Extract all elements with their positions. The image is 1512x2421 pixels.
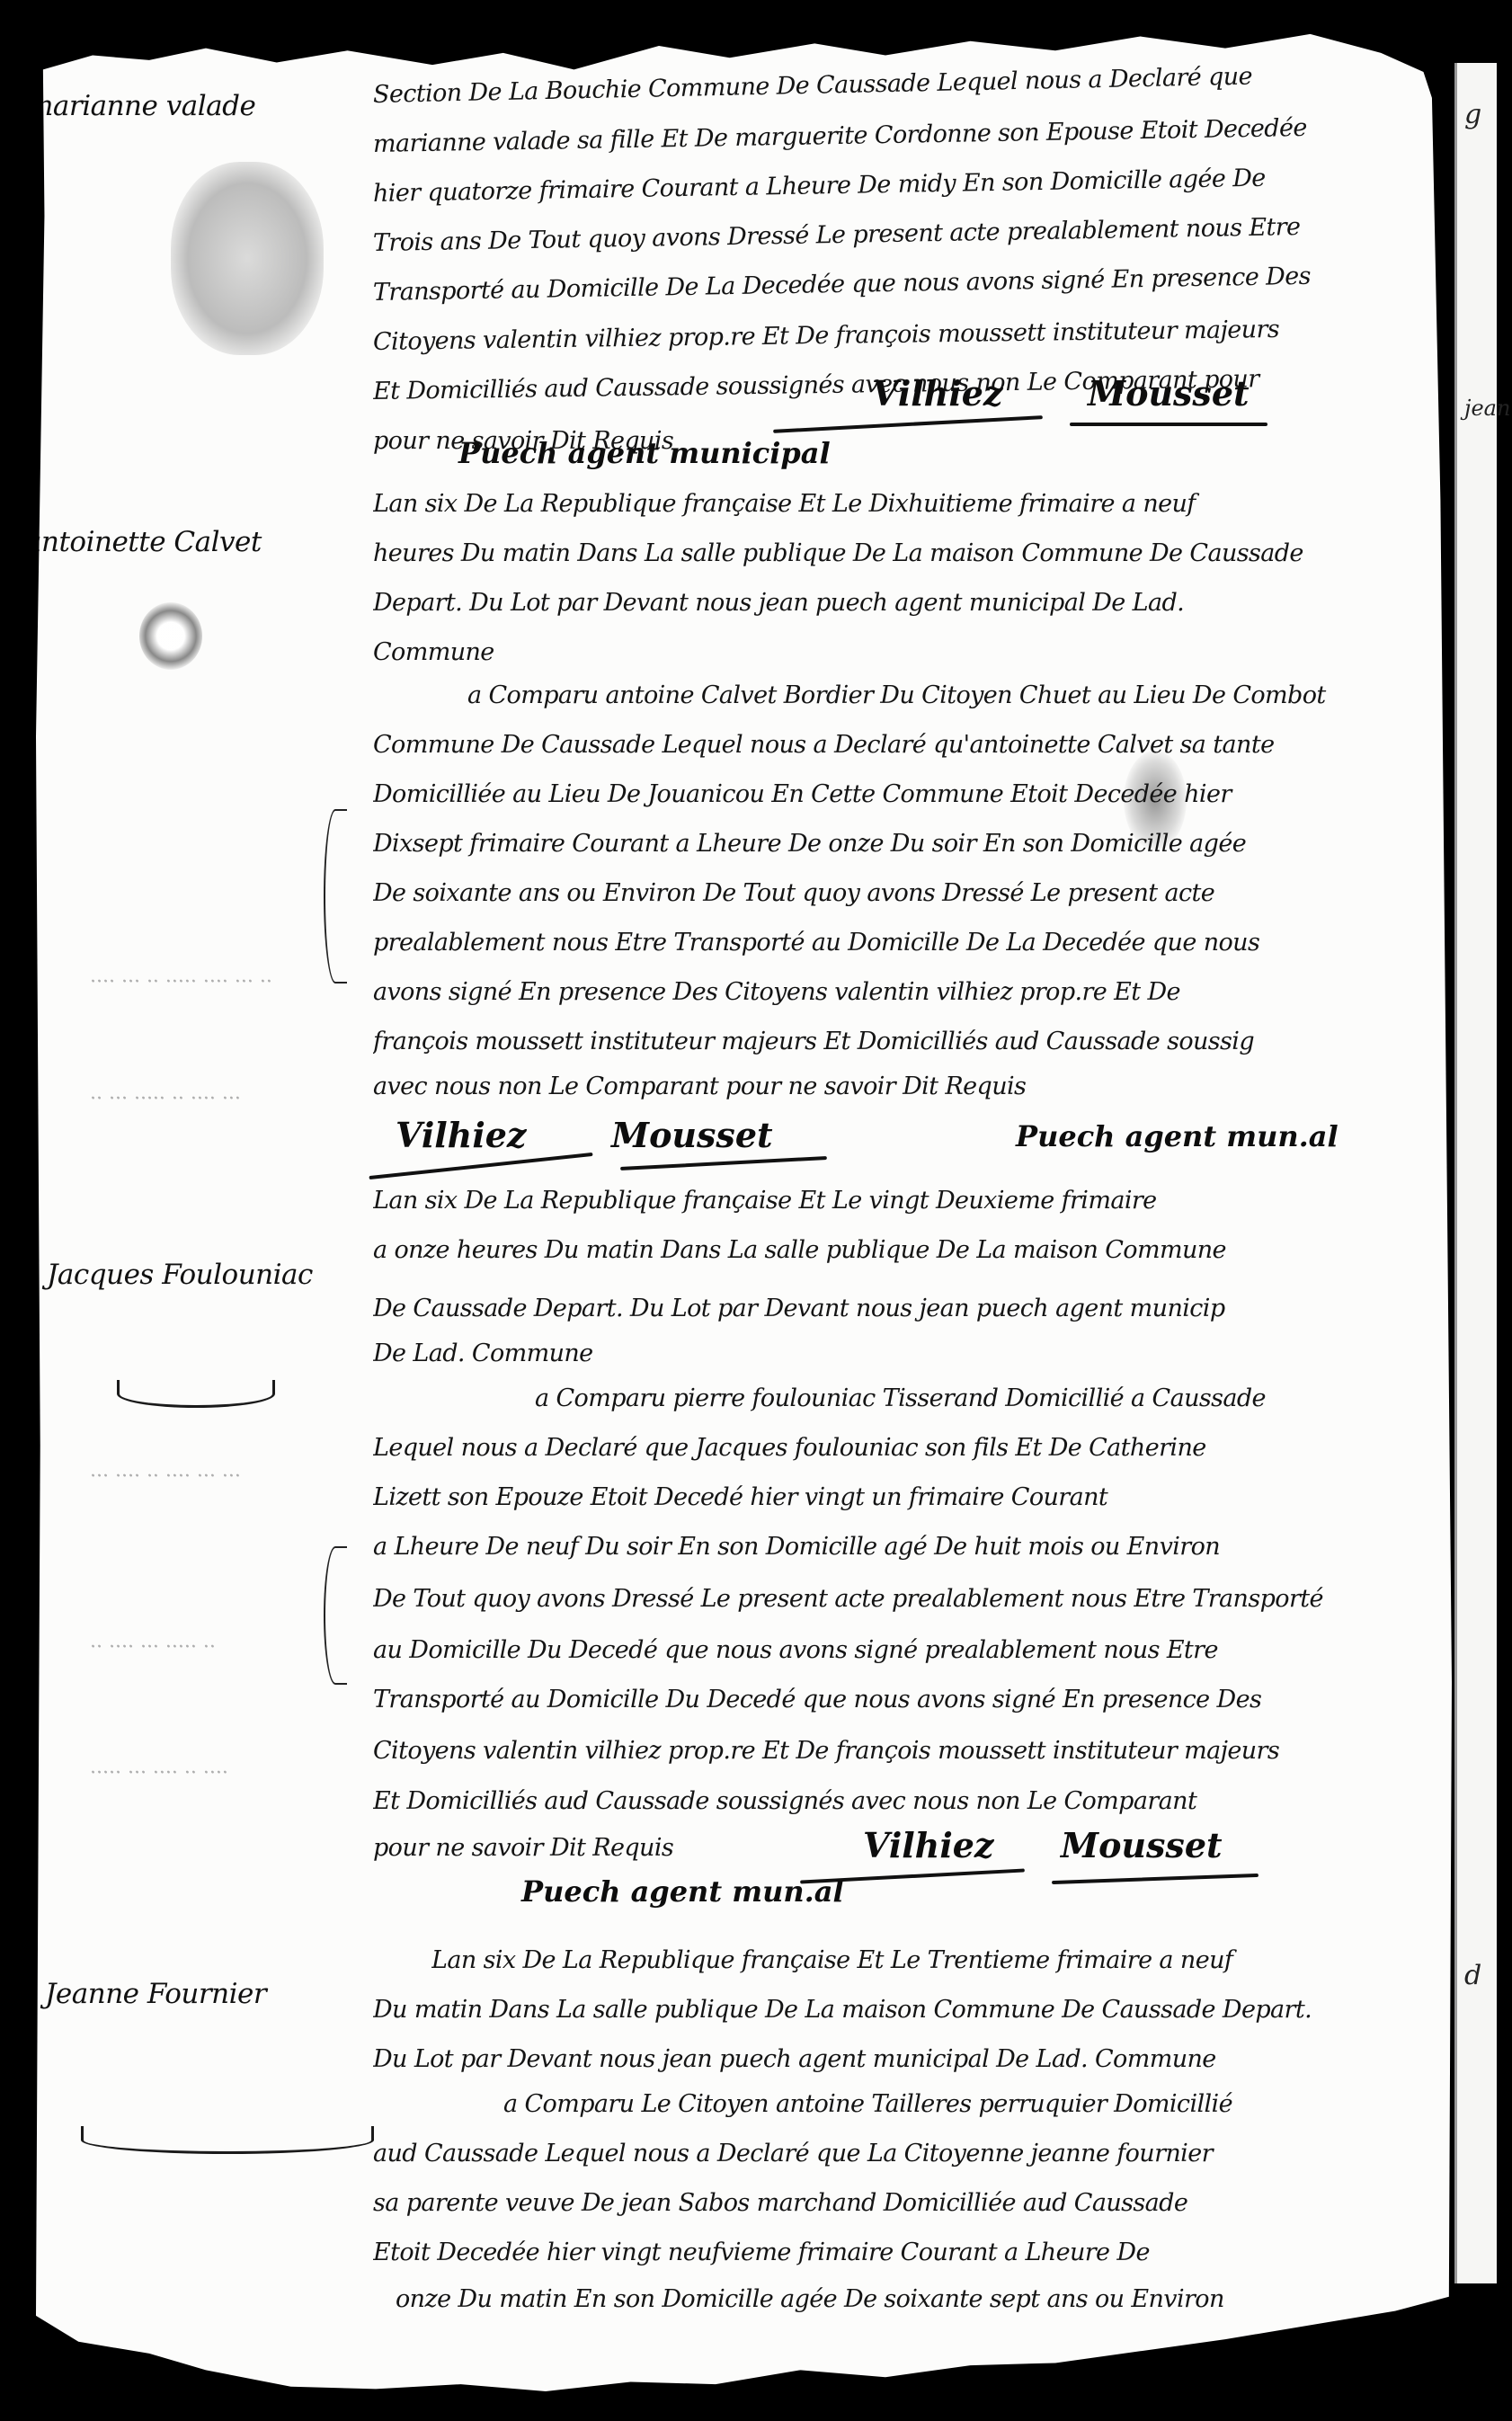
adjacent-page-mark: g [1464,99,1481,130]
faded-seal-stamp [171,162,324,355]
entry-3-line: a Comparu pierre foulouniac Tisserand Do… [535,1384,1479,1412]
margin-name-entry-4: Jeanne Fournier [45,1978,266,2010]
entry-3-line: Et Domicilliés aud Caussade soussignés a… [373,1787,1479,1815]
entry-3-line: pour ne savoir Dit Requis [373,1834,697,1862]
margin-name-entry-3: Jacques Foulouniac [47,1259,313,1291]
entry-2-line: Depart. Du Lot par Devant nous jean puec… [373,589,1479,617]
adjacent-page-edge: g jean d [1454,63,1497,2283]
entry-2-line: Dixsept frimaire Courant a Lheure De onz… [373,830,1479,858]
entry-3-line: Lan six De La Republique française Et Le… [373,1187,1479,1215]
entry-4-line: a Comparu Le Citoyen antoine Tailleres p… [503,2090,1479,2118]
signature-flourish [369,1153,592,1179]
margin-bracket [324,1546,347,1685]
signature-mousset: Mousset [1088,373,1250,414]
signature-vilhiez: Vilhiez [872,373,1003,414]
entry-3-line: Transporté au Domicille Du Decedé que no… [373,1686,1479,1713]
signature-vilhiez: Vilhiez [863,1825,994,1865]
entry-3-line: De Tout quoy avons Dressé Le present act… [373,1585,1479,1613]
margin-name-entry-1: marianne valade [27,90,255,122]
entry-1-line: hier quatorze frimaire Courant a Lheure … [373,161,1479,208]
bleed-through-text: ·· ····· ··· ···· ·· [90,1636,216,1659]
entry-4-line: Du matin Dans La salle publique De La ma… [373,1996,1479,2024]
agent-signature: Puech agent mun.al [1016,1119,1339,1153]
entry-4-line: onze Du matin En son Domicille agée De s… [396,2285,1479,2313]
agent-signature: Puech agent mun.al [521,1874,844,1909]
margin-name-entry-2: antoinette Calvet [25,526,262,558]
entry-2-line: De soixante ans ou Environ De Tout quoy … [373,879,1479,907]
entry-4-line: aud Caussade Lequel nous a Declaré que L… [373,2140,1479,2167]
adjacent-page-mark: jean [1464,396,1510,421]
entry-4-line: Etoit Decedée hier vingt neufvieme frima… [373,2239,1479,2266]
margin-paraph [117,1380,275,1408]
entry-2-line: avons signé En presence Des Citoyens val… [373,978,1479,1006]
signature-flourish [620,1156,827,1170]
entry-1-line: marianne valade sa fille Et De marguerit… [373,111,1479,158]
bleed-through-text: ···· ·· ···· ··· ····· [90,1762,228,1785]
agent-signature: Puech agent municipal [458,436,831,470]
adjacent-page-mark: d [1464,1960,1481,1991]
entry-3-line: au Domicille Du Decedé que nous avons si… [373,1636,1479,1664]
signature-mousset: Mousset [611,1115,773,1155]
signature-flourish [1052,1874,1259,1884]
entry-3-line: Citoyens valentin vilhiez prop.re Et De … [373,1737,1479,1765]
entry-1-line: Transporté au Domicille De La Decedée qu… [373,260,1479,307]
entry-2-line: prealablement nous Etre Transporté au Do… [373,929,1479,957]
entry-3-line: Lequel nous a Declaré que Jacques foulou… [373,1434,1479,1462]
signature-flourish [1070,423,1267,426]
signature-vilhiez: Vilhiez [396,1115,527,1155]
register-page: ·· ··· ···· ····· ·· ··· ···· ··· ···· ·… [36,27,1452,2391]
entry-3-line: Lizett son Epouze Etoit Decedé hier ving… [373,1483,1479,1511]
bleed-through-text: ··· ···· ·· ····· ··· ·· [90,1088,241,1110]
entry-3-line: a Lheure De neuf Du soir En son Domicill… [373,1533,1479,1561]
entry-3-line: De Caussade Depart. Du Lot par Devant no… [373,1295,1479,1322]
ink-blot [139,602,202,670]
entry-1-line: Section De La Bouchie Commune De Caussad… [373,58,1479,109]
entry-3-line: a onze heures Du matin Dans La salle pub… [373,1236,1479,1264]
entry-2-line: heures Du matin Dans La salle publique D… [373,539,1479,567]
signature-mousset: Mousset [1061,1825,1223,1865]
bleed-through-text: ·· ··· ···· ····· ·· ··· ···· [90,971,272,993]
entry-2-line: avec nous non Le Comparant pour ne savoi… [373,1073,1479,1100]
signature-flourish [773,415,1043,433]
entry-2-line: Lan six De La Republique française Et Le… [373,490,1479,518]
entry-2-line: françois moussett instituteur majeurs Et… [373,1028,1479,1055]
margin-paraph [81,2126,374,2154]
bleed-through-text: ··· ··· ···· ·· ···· ··· [90,1465,241,1488]
entry-4-line: Lan six De La Republique française Et Le… [431,1946,1479,1974]
entry-3-line: De Lad. Commune [373,1340,1479,1367]
entry-2-line: Domicilliée au Lieu De Jouanicou En Cett… [373,780,1479,808]
entry-1-line: Citoyens valentin vilhiez prop.re Et De … [373,313,1479,356]
entry-2-line: Commune [373,638,1479,666]
entry-4-line: sa parente veuve De jean Sabos marchand … [373,2189,1479,2217]
margin-bracket [324,809,347,984]
entry-2-line: a Comparu antoine Calvet Bordier Du Cito… [467,681,1479,709]
entry-1-line: Trois ans De Tout quoy avons Dressé Le p… [373,210,1479,257]
entry-2-line: Commune De Caussade Lequel nous a Declar… [373,731,1479,759]
entry-4-line: Du Lot par Devant nous jean puech agent … [373,2045,1479,2073]
